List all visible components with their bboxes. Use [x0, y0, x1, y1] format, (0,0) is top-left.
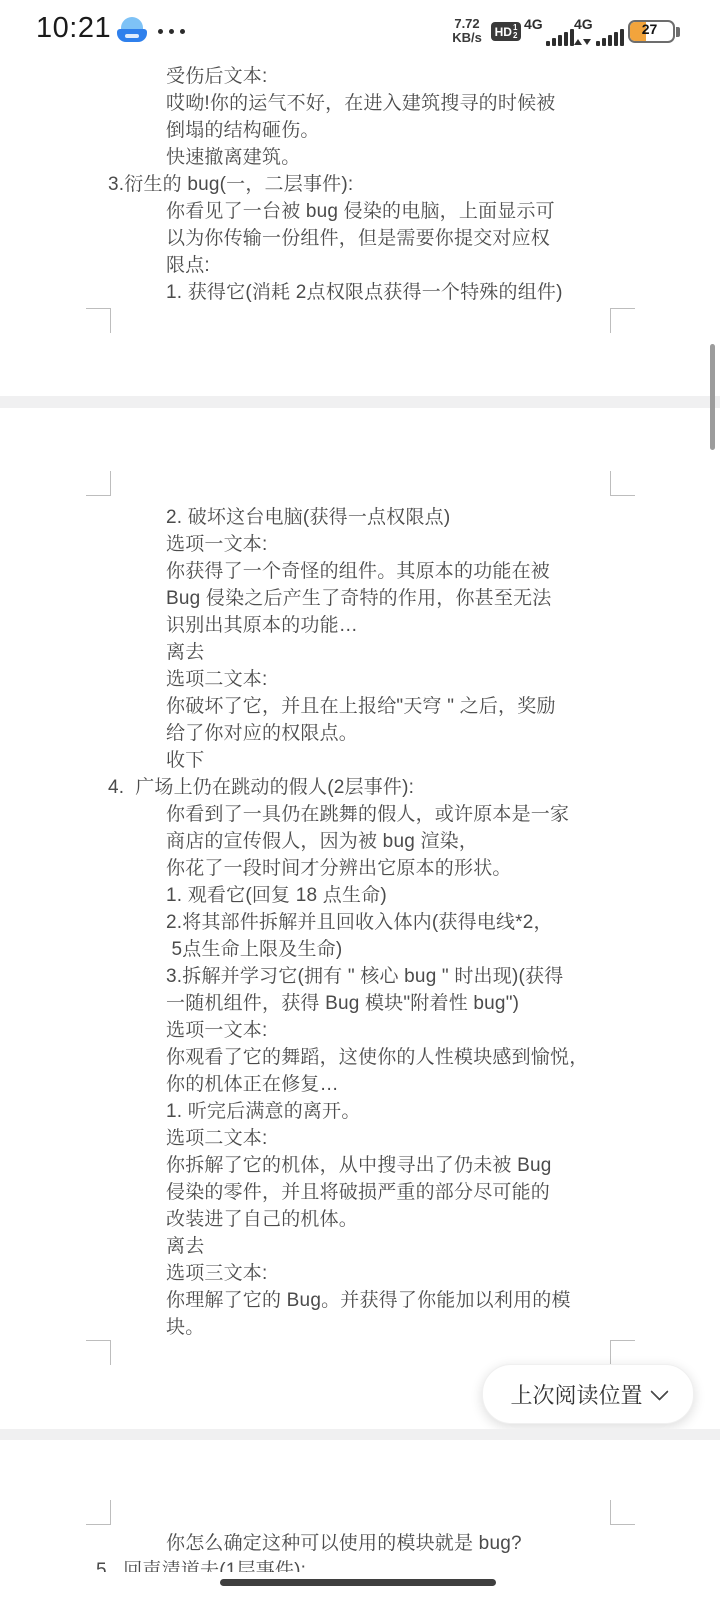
text-line: 1. 获得它(消耗 2点权限点获得一个特殊的组件): [0, 279, 720, 306]
text-line: 收下: [0, 747, 720, 774]
sim2-network-type: 4G: [574, 16, 593, 32]
text-line: 离去: [0, 1233, 720, 1260]
sim1-signal: 4G: [524, 16, 574, 46]
volte-hd-sim-numbers: 12: [513, 24, 517, 40]
page-corner-mark: [610, 308, 635, 333]
text-line: 选项一文本:: [0, 1017, 720, 1044]
home-indicator[interactable]: [220, 1579, 496, 1586]
page-corner-mark: [86, 1340, 111, 1365]
text-line: 5点生命上限及生命): [0, 936, 720, 963]
last-read-position-label: 上次阅读位置: [510, 1379, 642, 1410]
page-corner-mark: [610, 1340, 635, 1365]
document-page-2[interactable]: 2. 破坏这台电脑(获得一点权限点)选项一文本:你获得了一个奇怪的组件。其原本的…: [0, 504, 720, 1341]
text-line: 你花了一段时间才分辨出它原本的形状。: [0, 855, 720, 882]
text-line: 侵染的零件，并且将破损严重的部分尽可能的: [0, 1179, 720, 1206]
network-speed-unit: KB/s: [448, 31, 486, 45]
page-gap: [0, 396, 720, 408]
text-line: 离去: [0, 639, 720, 666]
clock: 10:21: [36, 12, 111, 45]
text-line: 你的机体正在修复…: [0, 1071, 720, 1098]
more-indicator-icon: [158, 29, 185, 34]
sim1-network-type: 4G: [524, 16, 543, 32]
battery-icon: 27: [628, 20, 680, 43]
text-line: 选项三文本:: [0, 1260, 720, 1287]
text-line: 2.将其部件拆解并且回收入体内(获得电线*2，: [0, 909, 720, 936]
status-bar: 10:21 7.72 KB/s HD 12 4G 4G: [0, 0, 720, 56]
page-corner-mark: [86, 471, 111, 496]
signal-bars-icon: [546, 29, 574, 46]
text-line: 2. 破坏这台电脑(获得一点权限点): [0, 504, 720, 531]
chevron-down-icon: [650, 1382, 668, 1400]
text-line: 你观看了它的舞蹈，这使你的人性模块感到愉悦，: [0, 1044, 720, 1071]
text-line: 快速撤离建筑。: [0, 144, 720, 171]
bottom-clip: [0, 1572, 720, 1600]
battery-percent: 27: [628, 21, 671, 37]
text-line: 1. 听完后满意的离开。: [0, 1098, 720, 1125]
sim2-signal: 4G: [574, 16, 624, 46]
page-corner-mark: [610, 1500, 635, 1525]
text-line: 4. 广场上仍在跳动的假人(2层事件):: [0, 774, 720, 801]
text-line: 你看见了一台被 bug 侵染的电脑，上面显示可: [0, 198, 720, 225]
page-corner-mark: [610, 471, 635, 496]
page-gap: [0, 1429, 720, 1440]
text-line: Bug 侵染之后产生了奇特的作用，你甚至无法: [0, 585, 720, 612]
document-page-1[interactable]: 受伤后文本:哎呦!你的运气不好，在进入建筑搜寻的时候被倒塌的结构砸伤。快速撤离建…: [0, 63, 720, 306]
text-line: 以为你传输一份组件，但是需要你提交对应权: [0, 225, 720, 252]
network-speed: 7.72 KB/s: [448, 17, 486, 45]
text-line: 你怎么确定这种可以使用的模块就是 bug?: [0, 1530, 720, 1557]
scrollbar-thumb[interactable]: [710, 344, 715, 450]
text-line: 3.衍生的 bug(一，二层事件):: [0, 171, 720, 198]
page-corner-mark: [86, 308, 111, 333]
text-line: 受伤后文本:: [0, 63, 720, 90]
battery-nub: [676, 27, 680, 37]
text-line: 3.拆解并学习它(拥有 " 核心 bug " 时出现)(获得: [0, 963, 720, 990]
volte-hd-icon: HD 12: [491, 22, 521, 41]
text-line: 给了你对应的权限点。: [0, 720, 720, 747]
text-line: 限点:: [0, 252, 720, 279]
text-line: 你看到了一具仍在跳舞的假人，或许原本是一家: [0, 801, 720, 828]
network-speed-value: 7.72: [448, 17, 486, 31]
text-line: 商店的宣传假人，因为被 bug 渲染，: [0, 828, 720, 855]
text-line: 识别出其原本的功能…: [0, 612, 720, 639]
text-line: 哎呦!你的运气不好，在进入建筑搜寻的时候被: [0, 90, 720, 117]
page-corner-mark: [86, 1500, 111, 1525]
text-line: 改装进了自己的机体。: [0, 1206, 720, 1233]
text-line: 你拆解了它的机体，从中搜寻出了仍未被 Bug: [0, 1152, 720, 1179]
text-line: 选项二文本:: [0, 1125, 720, 1152]
last-read-position-button[interactable]: 上次阅读位置: [482, 1364, 694, 1424]
text-line: 你获得了一个奇怪的组件。其原本的功能在被: [0, 558, 720, 585]
text-line: 块。: [0, 1314, 720, 1341]
text-line: 选项一文本:: [0, 531, 720, 558]
text-line: 一随机组件，获得 Bug 模块"附着性 bug"): [0, 990, 720, 1017]
data-updown-icon: [574, 39, 591, 45]
text-line: 选项二文本:: [0, 666, 720, 693]
screen: 10:21 7.72 KB/s HD 12 4G 4G: [0, 0, 720, 1600]
text-line: 倒塌的结构砸伤。: [0, 117, 720, 144]
cloud-app-icon: [116, 14, 148, 46]
text-line: 你理解了它的 Bug。并获得了你能加以利用的模: [0, 1287, 720, 1314]
text-line: 你破坏了它，并且在上报给"天穹 " 之后，奖励: [0, 693, 720, 720]
text-line: 1. 观看它(回复 18 点生命): [0, 882, 720, 909]
signal-bars-icon: [596, 29, 624, 46]
